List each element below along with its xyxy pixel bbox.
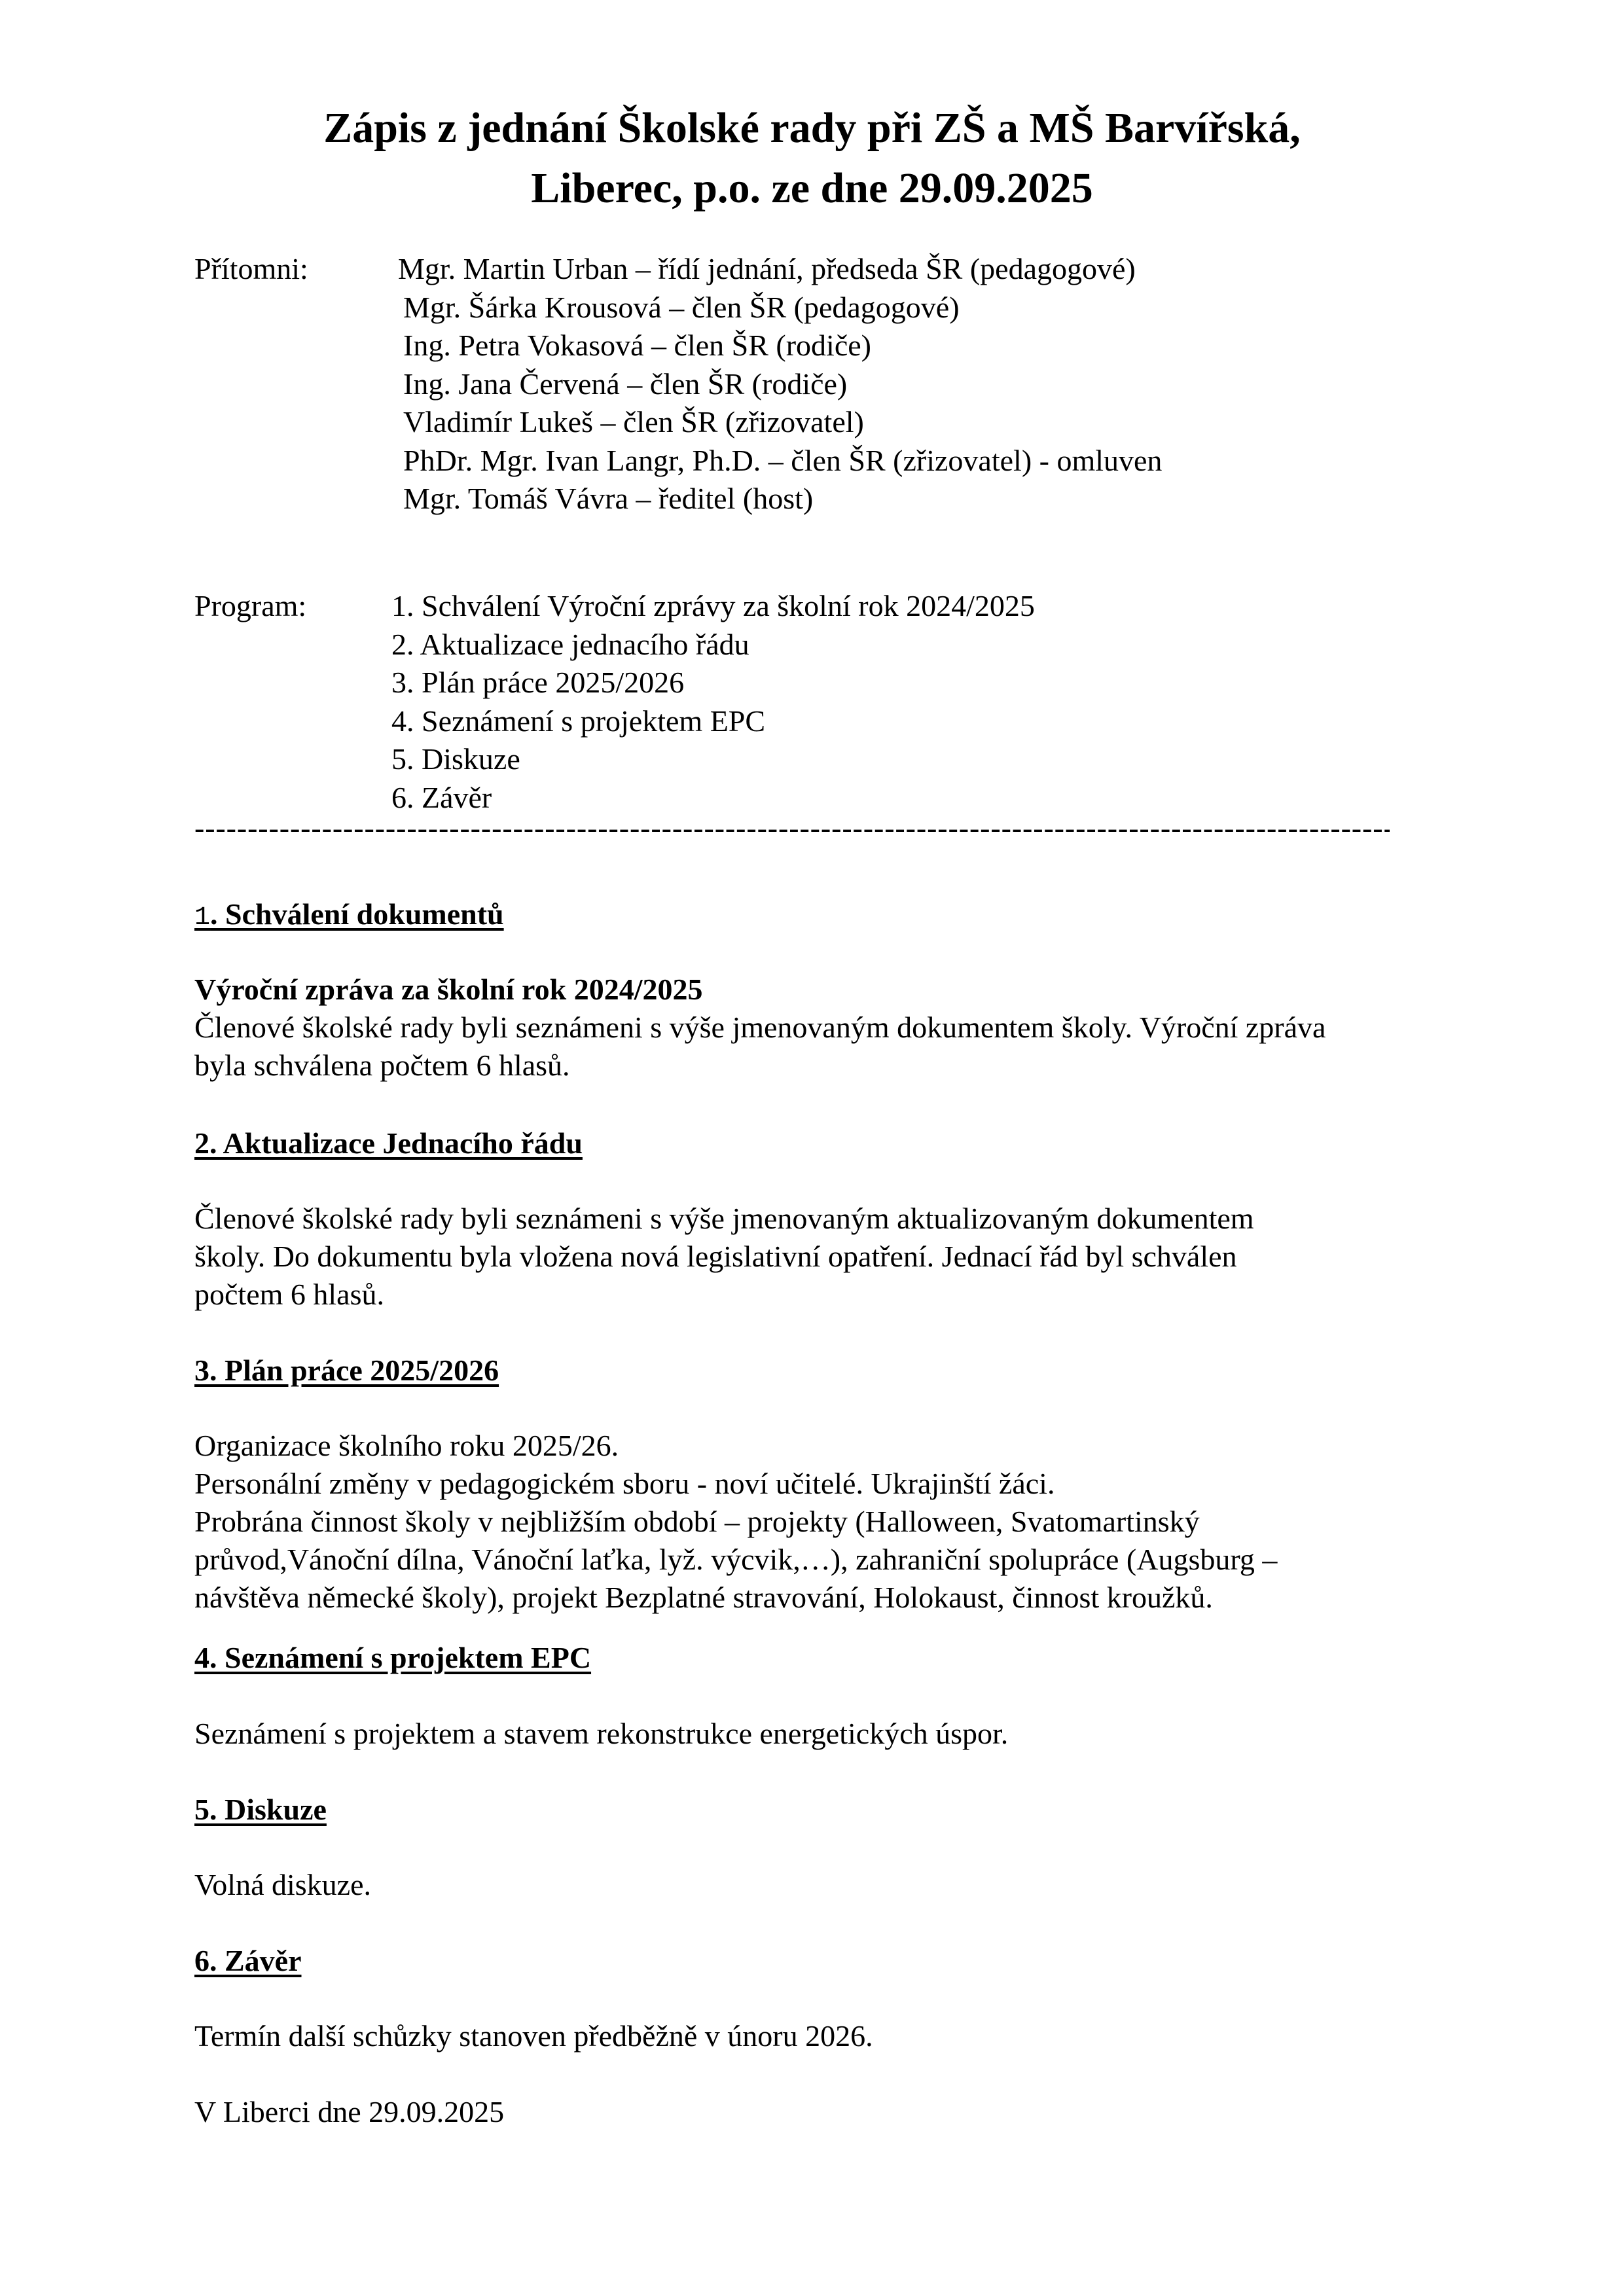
text-line: průvod,Vánoční dílna, Vánoční laťka, lyž… [194, 1541, 1471, 1579]
text-line: Volná diskuze. [194, 1866, 1471, 1904]
text-line: byla schválena počtem 6 hlasů. [194, 1047, 1471, 1085]
text-line: Organizace školního roku 2025/26. [194, 1427, 1471, 1465]
text-line: Členové školské rady byli seznámeni s vý… [194, 1009, 1471, 1047]
attendee: Mgr. Martin Urban – řídí jednání, předse… [398, 250, 1162, 289]
text-line: školy. Do dokumentu byla vložena nová le… [194, 1238, 1471, 1276]
section-2-text: Členové školské rady byli seznámeni s vý… [194, 1200, 1471, 1314]
title-line-1: Zápis z jednání Školské rady při ZŠ a MŠ… [0, 98, 1624, 158]
attendee: Ing. Jana Červená – člen ŠR (rodiče) [403, 365, 1162, 404]
program-item: 5. Diskuze [391, 740, 1035, 779]
attendee: Mgr. Tomáš Vávra – ředitel (host) [403, 480, 1162, 518]
document-title: Zápis z jednání Školské rady při ZŠ a MŠ… [0, 98, 1624, 219]
attendee: Ing. Petra Vokasová – člen ŠR (rodiče) [403, 327, 1162, 365]
text-line: Seznámení s projektem a stavem rekonstru… [194, 1715, 1471, 1753]
subsection-heading: Výroční zpráva za školní rok 2024/2025 [194, 971, 703, 1009]
program-item: 6. Závěr [391, 779, 1035, 817]
section-title: . Schválení dokumentů [210, 897, 504, 931]
program-label: Program: [194, 587, 306, 625]
section-number: 1 [194, 903, 210, 933]
section-heading-3: 3. Plán práce 2025/2026 [194, 1352, 499, 1390]
section-heading-4: 4. Seznámení s projektem EPC [194, 1639, 591, 1677]
section-heading-2: 2. Aktualizace Jednacího řádu [194, 1124, 583, 1162]
section-6-text: Termín další schůzky stanoven předběžně … [194, 2017, 1471, 2055]
text-line: Termín další schůzky stanoven předběžně … [194, 2017, 1471, 2055]
signature-line: V Liberci dne 29.09.2025 [194, 2093, 1471, 2131]
section-4-text: Seznámení s projektem a stavem rekonstru… [194, 1715, 1471, 1753]
program-item: 3. Plán práce 2025/2026 [391, 664, 1035, 702]
attendees-list: Mgr. Martin Urban – řídí jednání, předse… [403, 250, 1162, 518]
title-line-2: Liberec, p.o. ze dne 29.09.2025 [0, 158, 1624, 219]
text-line: Členové školské rady byli seznámeni s vý… [194, 1200, 1471, 1238]
attendee: Vladimír Lukeš – člen ŠR (zřizovatel) [403, 403, 1162, 442]
attendee: Mgr. Šárka Krousová – člen ŠR (pedagogov… [403, 289, 1162, 327]
section-5-text: Volná diskuze. [194, 1866, 1471, 1904]
program-item: 2. Aktualizace jednacího řádu [391, 626, 1035, 664]
program-item: 4. Seznámení s projektem EPC [391, 702, 1035, 741]
program-list: 1. Schválení Výroční zprávy za školní ro… [391, 587, 1035, 817]
section-heading-1: 1. Schválení dokumentů [194, 895, 504, 937]
program-item: 1. Schválení Výroční zprávy za školní ro… [391, 587, 1035, 626]
text-line: Probrána činnost školy v nejbližším obdo… [194, 1503, 1471, 1541]
section-3-text: Organizace školního roku 2025/26. Person… [194, 1427, 1471, 1617]
attendees-label: Přítomni: [194, 250, 308, 288]
section-heading-6: 6. Závěr [194, 1942, 302, 1980]
text-line: Personální změny v pedagogickém sboru - … [194, 1465, 1471, 1503]
text-line: návštěva německé školy), projekt Bezplat… [194, 1579, 1471, 1617]
place-date: V Liberci dne 29.09.2025 [194, 2093, 1471, 2131]
section-heading-5: 5. Diskuze [194, 1791, 327, 1829]
document-page: Zápis z jednání Školské rady při ZŠ a MŠ… [0, 0, 1624, 2296]
dashed-divider: ----------------------------------------… [194, 815, 1390, 841]
attendee: PhDr. Mgr. Ivan Langr, Ph.D. – člen ŠR (… [403, 442, 1162, 480]
text-line: počtem 6 hlasů. [194, 1276, 1471, 1314]
section-1-text: Členové školské rady byli seznámeni s vý… [194, 1009, 1471, 1085]
